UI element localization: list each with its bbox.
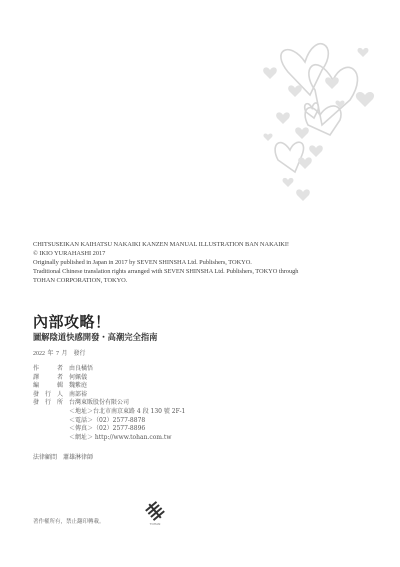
credit-author: 作者 由良橘悟 [33, 365, 185, 374]
hearts-decoration [250, 0, 400, 240]
copyright-note: 著作權所有，禁止翻印轉載。 [33, 517, 105, 525]
book-title: 內部攻略！ [33, 311, 111, 332]
publisher-address: ＜地址＞台北市南京東路 4 段 130 號 2F-1 [33, 408, 185, 417]
credit-editor: 編輯 魏紫庭 [33, 382, 185, 391]
credit-label: 作者 [33, 365, 63, 374]
credit-translator: 譯者 何姵儀 [33, 374, 185, 383]
credit-publisher-house: 發行所 台灣東販股份有限公司 [33, 399, 185, 408]
legal-label: 法律顧問 [33, 452, 57, 461]
credit-value: 台灣東販股份有限公司 [69, 399, 129, 408]
heart-outline-icon [309, 65, 358, 125]
legal-counsel: 法律顧問 蕭雄淋律師 [33, 452, 93, 461]
rights-line: Traditional Chinese translation rights a… [33, 267, 393, 276]
rights-line: TOHAN CORPORATION, TOKYO. [33, 276, 393, 285]
credit-value: 由良橘悟 [69, 365, 93, 374]
credits: 作者 由良橘悟 譯者 何姵儀 編輯 魏紫庭 發行人 南部裕 發行所 台灣東販股份… [33, 365, 185, 442]
heart-outline-icon [275, 142, 303, 172]
heart-outline-icon [281, 44, 328, 95]
publish-date: 2022 年 7 月 發行 [33, 348, 86, 357]
rights-line: Originally published in Japan in 2017 by… [33, 258, 393, 267]
rights-line: CHITSUSEIKAN KAIHATSU NAKAIKI KANZEN MAN… [33, 240, 393, 249]
publisher-logo: TOHAN [143, 500, 167, 530]
credit-value: 何姵儀 [69, 374, 87, 383]
legal-value: 蕭雄淋律師 [63, 452, 93, 461]
publisher-fax: ＜傳真＞（02）2577-8896 [33, 425, 185, 434]
book-subtitle: 圖解陰道快感開發・高潮完全指南 [33, 331, 157, 343]
credit-label: 發行所 [33, 399, 63, 408]
rights-line: © IKIO YURAHASHI 2017 [33, 249, 393, 258]
rights-notice: CHITSUSEIKAN KAIHATSU NAKAIKI KANZEN MAN… [33, 240, 393, 285]
publisher-phone: ＜電話＞（02）2577-8878 [33, 417, 185, 426]
tohan-logo-icon [143, 500, 167, 522]
credit-label: 編輯 [33, 382, 63, 391]
credit-label: 譯者 [33, 374, 63, 383]
publisher-website: ＜網址＞ http://www.tohan.com.tw [33, 434, 185, 443]
credit-value: 魏紫庭 [69, 382, 87, 391]
heart-outline-icon [305, 106, 341, 135]
logo-caption: TOHAN [143, 522, 167, 526]
